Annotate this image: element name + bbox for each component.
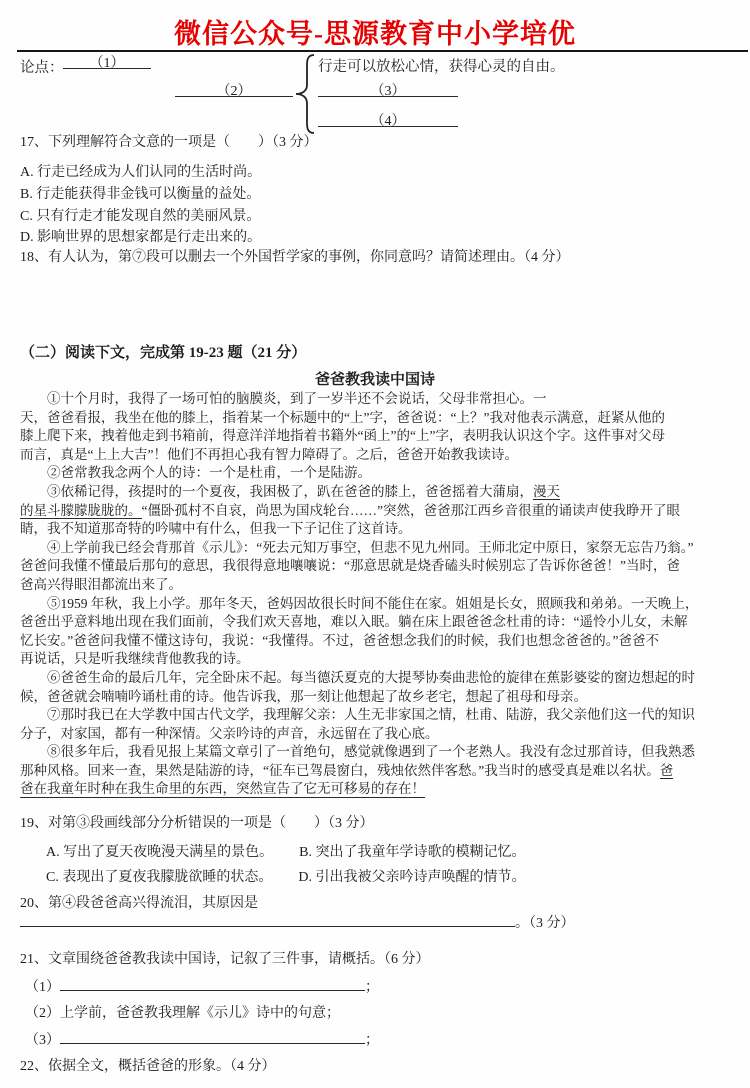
essay-line: 睛，我不知道那奇特的吟啸中有什么，但我一下子记住了这首诗。 bbox=[20, 520, 738, 539]
essay-text: 爸爸出乎意料地出现在我们面前，令我们欢天喜地，难以入眠。躺在床上跟爸爸念杜甫的诗… bbox=[20, 614, 688, 629]
essay-line: 候，爸爸就会喃喃吟诵杜甫的诗。他告诉我，那一刻让他想起了故乡老宅，想起了祖母和母… bbox=[20, 688, 738, 707]
essay-text: 膝上爬下来，拽着他走到书箱前，得意洋洋地指着书籍外“函上”的“上”字，表明我认识… bbox=[20, 428, 665, 443]
question-17-stem: 17、下列理解符合文意的一项是（ ）（3 分） bbox=[20, 131, 318, 151]
essay-text: “僵卧孤村不自哀，尚思为国戍轮台……”突然，爸爸那江西乡音很重的诵读声使我睁开了… bbox=[142, 503, 680, 518]
essay-line: 而言，真是“上上大吉”！他们不再担心我有智力障碍了。之后，爸爸开始教我读诗。 bbox=[20, 446, 738, 465]
outline-blank-2: （2） bbox=[175, 80, 293, 97]
question-19-options-row-1: A. 写出了夏天夜晚漫天满星的景色。B. 突出了我童年学诗歌的模糊记忆。 bbox=[46, 841, 525, 861]
page-title: 微信公众号-思源教育中小学培优 bbox=[0, 12, 750, 51]
essay-text: 再说话，只是听我继续背他教我的诗。 bbox=[20, 651, 250, 666]
essay-text: ①十个月时，我得了一场可怕的脑膜炎，到了一岁半还不会说话，父母非常担心。一 bbox=[47, 391, 547, 406]
essay-body: ①十个月时，我得了一场可怕的脑膜炎，到了一岁半还不会说话，父母非常担心。一天，爸… bbox=[20, 390, 738, 799]
question-18-stem: 18、有人认为，第⑦段可以删去一个外国哲学家的事例，你同意吗？请简述理由。（4 … bbox=[20, 246, 570, 266]
essay-text: 忆长安。”爸爸问我懂不懂这诗句，我说：“我懂得。不过，爸爸想念我们的时候，我们也… bbox=[20, 633, 659, 648]
essay-line: ③依稀记得，孩提时的一个夏夜，我困极了，趴在爸爸的膝上，爸爸摇着大蒲扇，漫天 bbox=[20, 483, 738, 502]
essay-line: 分子，对家国，都有一种深情。父亲吟诗的声音，永远留在了我心底。 bbox=[20, 725, 738, 744]
essay-line: 爸爸出乎意料地出现在我们面前，令我们欢天喜地，难以入眠。躺在床上跟爸爸念杜甫的诗… bbox=[20, 613, 738, 632]
essay-line: 爸在我童年时种在我生命里的东西，突然宣告了它无可移易的存在！ bbox=[20, 780, 738, 799]
argument-outline-diagram: 论点： （1） （2） 行走可以放松心情，获得心灵的自由。 （3） （4） bbox=[0, 54, 750, 138]
question-19-options-row-2: C. 表现出了夏夜我朦胧欲睡的状态。D. 引出我被父亲吟诗声唤醒的情节。 bbox=[46, 866, 525, 886]
question-19-option-a: A. 写出了夏天夜晚漫天满星的景色。 bbox=[46, 845, 273, 860]
essay-line: 再说话，只是听我继续背他教我的诗。 bbox=[20, 650, 738, 669]
question-21-item-2: （2）上学前，爸爸教我理解《示儿》诗中的句意； bbox=[25, 1002, 340, 1022]
essay-text: 天，爸爸看报，我坐在他的膝上，指着某一个标题中的“上”字，爸爸说：“上？”我对他… bbox=[20, 410, 665, 425]
brace-icon bbox=[293, 54, 315, 134]
question-17-option-c: C. 只有行走才能发现自然的美丽风景。 bbox=[20, 205, 260, 225]
essay-text: ⑤1959 年秋，我上小学。那年冬天，爸妈因故很长时间不能住在家。姐姐是长女，照… bbox=[47, 596, 698, 611]
item-1-answer-blank bbox=[60, 976, 365, 991]
item-1-tail: ； bbox=[365, 980, 379, 995]
exam-page: 微信公众号-思源教育中小学培优 论点： （1） （2） 行走可以放松心情，获得心… bbox=[0, 0, 750, 1088]
question-20-answer-blank bbox=[20, 912, 515, 927]
item-3-label: （3） bbox=[25, 1033, 60, 1048]
question-19-option-b: B. 突出了我童年学诗歌的模糊记忆。 bbox=[299, 845, 525, 860]
essay-title: 爸爸教我读中国诗 bbox=[0, 368, 750, 389]
essay-text: 那种风格。回来一查，果然是陆游的诗，“征车已驾晨窗白，残烛依然伴客愁。”我当时的… bbox=[20, 763, 660, 778]
essay-line: 那种风格。回来一查，果然是陆游的诗，“征车已驾晨窗白，残烛依然伴客愁。”我当时的… bbox=[20, 762, 738, 781]
essay-underlined-text: 爸在我童年时种在我生命里的东西，突然宣告了它无可移易的存在！ bbox=[20, 781, 425, 798]
question-19-stem: 19、对第③段画线部分分析错误的一项是（ ）（3 分） bbox=[20, 812, 374, 832]
question-19-option-c: C. 表现出了夏夜我朦胧欲睡的状态。 bbox=[46, 870, 272, 885]
outline-blank-1: （1） bbox=[63, 52, 151, 69]
essay-line: 忆长安。”爸爸问我懂不懂这诗句，我说：“我懂得。不过，爸爸想念我们的时候，我们也… bbox=[20, 632, 738, 651]
essay-line: 天，爸爸看报，我坐在他的膝上，指着某一个标题中的“上”字，爸爸说：“上？”我对他… bbox=[20, 409, 738, 428]
item-3-answer-blank bbox=[60, 1029, 365, 1044]
essay-text: ⑥爸爸生命的最后几年，完全卧床不起。每当德沃夏克的大提琴协奏曲悲怆的旋律在蕉影婆… bbox=[47, 670, 695, 685]
essay-line: ⑥爸爸生命的最后几年，完全卧床不起。每当德沃夏克的大提琴协奏曲悲怆的旋律在蕉影婆… bbox=[20, 669, 738, 688]
question-21-item-3: （3）； bbox=[25, 1029, 379, 1049]
essay-text: ②爸常教我念两个人的诗：一个是杜甫，一个是陆游。 bbox=[47, 465, 371, 480]
question-22-stem: 22、依据全文，概括爸爸的形象。（4 分） bbox=[20, 1055, 276, 1075]
essay-line: 的星斗朦朦胧胧的。“僵卧孤村不自哀，尚思为国戍轮台……”突然，爸爸那江西乡音很重… bbox=[20, 502, 738, 521]
essay-text: 睛，我不知道那奇特的吟啸中有什么，但我一下子记住了这首诗。 bbox=[20, 521, 412, 536]
question-19-option-d: D. 引出我被父亲吟诗声唤醒的情节。 bbox=[298, 870, 525, 885]
essay-line: ⑤1959 年秋，我上小学。那年冬天，爸妈因故很长时间不能住在家。姐姐是长女，照… bbox=[20, 595, 738, 614]
essay-line: ④上学前我已经会背那首《示儿》：“死去元知万事空，但悲不见九州同。王师北定中原日… bbox=[20, 539, 738, 558]
question-17-option-b: B. 行走能获得非金钱可以衡量的益处。 bbox=[20, 183, 260, 203]
essay-text: 爸爸问我懂不懂最后那句的意思，我很得意地嚷嚷说：“那意思就是烧香磕头时候别忘了告… bbox=[20, 558, 680, 573]
essay-line: ⑧很多年后，我看见报上某篇文章引了一首绝句，感觉就像遇到了一个老熟人。我没有念过… bbox=[20, 743, 738, 762]
essay-line: 膝上爬下来，拽着他走到书箱前，得意洋洋地指着书籍外“函上”的“上”字，表明我认识… bbox=[20, 427, 738, 446]
essay-underlined-text: 爸 bbox=[660, 763, 674, 780]
essay-underlined-text: 漫天 bbox=[533, 484, 560, 501]
question-20-answer-row: 。（3 分） bbox=[20, 912, 575, 932]
essay-line: 爸高兴得眼泪都流出来了。 bbox=[20, 576, 738, 595]
section-2-heading: （二）阅读下文，完成第 19-23 题（21 分） bbox=[20, 341, 306, 362]
essay-text: 候，爸爸就会喃喃吟诵杜甫的诗。他告诉我，那一刻让他想起了故乡老宅，想起了祖母和母… bbox=[20, 689, 587, 704]
item-1-label: （1） bbox=[25, 980, 60, 995]
essay-text: ④上学前我已经会背那首《示儿》：“死去元知万事空，但悲不见九州同。王师北定中原日… bbox=[47, 540, 693, 555]
outline-blank-3: （3） bbox=[318, 80, 458, 97]
outline-blank-4: （4） bbox=[318, 110, 458, 127]
essay-text: 分子，对家国，都有一种深情。父亲吟诗的声音，永远留在了我心底。 bbox=[20, 726, 439, 741]
question-17-option-d: D. 影响世界的思想家都是行走出来的。 bbox=[20, 226, 261, 246]
essay-underlined-text: 的星斗朦朦胧胧的。 bbox=[20, 503, 142, 520]
essay-line: 爸爸问我懂不懂最后那句的意思，我很得意地嚷嚷说：“那意思就是烧香磕头时候别忘了告… bbox=[20, 557, 738, 576]
question-17-option-a: A. 行走已经成为人们认同的生活时尚。 bbox=[20, 161, 261, 181]
question-20-score-tail: 。（3 分） bbox=[515, 916, 575, 931]
question-21-stem: 21、文章围绕爸爸教我读中国诗，记叙了三件事，请概括。（6 分） bbox=[20, 948, 430, 968]
outline-label: 论点： bbox=[20, 56, 64, 77]
essay-line: ⑦那时我已在大学教中国古代文学，我理解父亲：人生无非家国之情，杜甫、陆游，我父亲… bbox=[20, 706, 738, 725]
essay-text: 爸高兴得眼泪都流出来了。 bbox=[20, 577, 182, 592]
question-20-stem: 20、第④段爸爸高兴得流泪，其原因是 bbox=[20, 892, 258, 912]
outline-branch-text: 行走可以放松心情，获得心灵的自由。 bbox=[318, 55, 565, 76]
essay-text: ⑧很多年后，我看见报上某篇文章引了一首绝句，感觉就像遇到了一个老熟人。我没有念过… bbox=[47, 744, 695, 759]
essay-text: ⑦那时我已在大学教中国古代文学，我理解父亲：人生无非家国之情，杜甫、陆游，我父亲… bbox=[47, 707, 695, 722]
essay-text: 而言，真是“上上大吉”！他们不再担心我有智力障碍了。之后，爸爸开始教我读诗。 bbox=[20, 447, 518, 462]
essay-line: ①十个月时，我得了一场可怕的脑膜炎，到了一岁半还不会说话，父母非常担心。一 bbox=[20, 390, 738, 409]
essay-text: ③依稀记得，孩提时的一个夏夜，我困极了，趴在爸爸的膝上，爸爸摇着大蒲扇， bbox=[47, 484, 533, 499]
essay-line: ②爸常教我念两个人的诗：一个是杜甫，一个是陆游。 bbox=[20, 464, 738, 483]
item-3-tail: ； bbox=[365, 1033, 379, 1048]
question-21-item-1: （1）； bbox=[25, 976, 379, 996]
